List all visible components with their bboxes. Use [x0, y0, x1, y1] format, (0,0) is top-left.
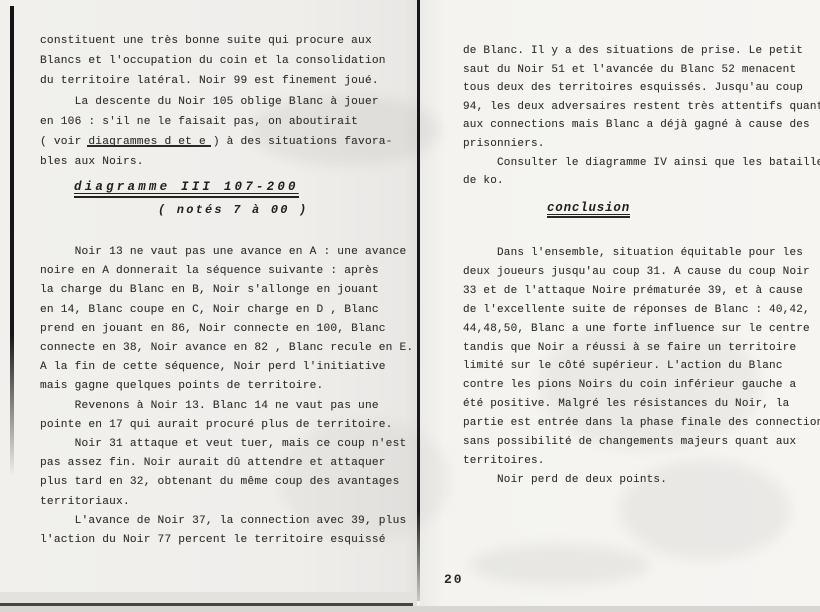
- scan-bottom-band: [0, 606, 820, 612]
- left-page-intro-paragraph: constituent une très bonne suite qui pro…: [40, 31, 393, 172]
- right-page-conclusion-paragraphs: Dans l'ensemble, situation équitable pou…: [463, 244, 820, 490]
- page-number: 20: [444, 572, 464, 587]
- underline-diagrammes-phrase: [87, 145, 211, 147]
- book-spine-line: [417, 0, 420, 601]
- diagram-iii-heading: diagramme III 107-200: [74, 180, 299, 198]
- scanned-book-spread: { "page_number": "20", "left_page": { "p…: [0, 0, 820, 612]
- page-bottom-shading: [0, 592, 413, 603]
- left-page-main-paragraphs: Noir 13 ne vaut pas une avance en A : un…: [40, 243, 413, 550]
- conclusion-heading-text: conclusion: [547, 201, 630, 215]
- left-page-edge-line: [10, 6, 14, 476]
- diagram-iii-heading-text: diagramme III 107-200: [74, 180, 299, 194]
- conclusion-heading: conclusion: [547, 201, 630, 218]
- right-page-top-paragraphs: de Blanc. Il y a des situations de prise…: [463, 42, 820, 191]
- diagram-iii-subheading: ( notés 7 à 00 ): [158, 203, 308, 217]
